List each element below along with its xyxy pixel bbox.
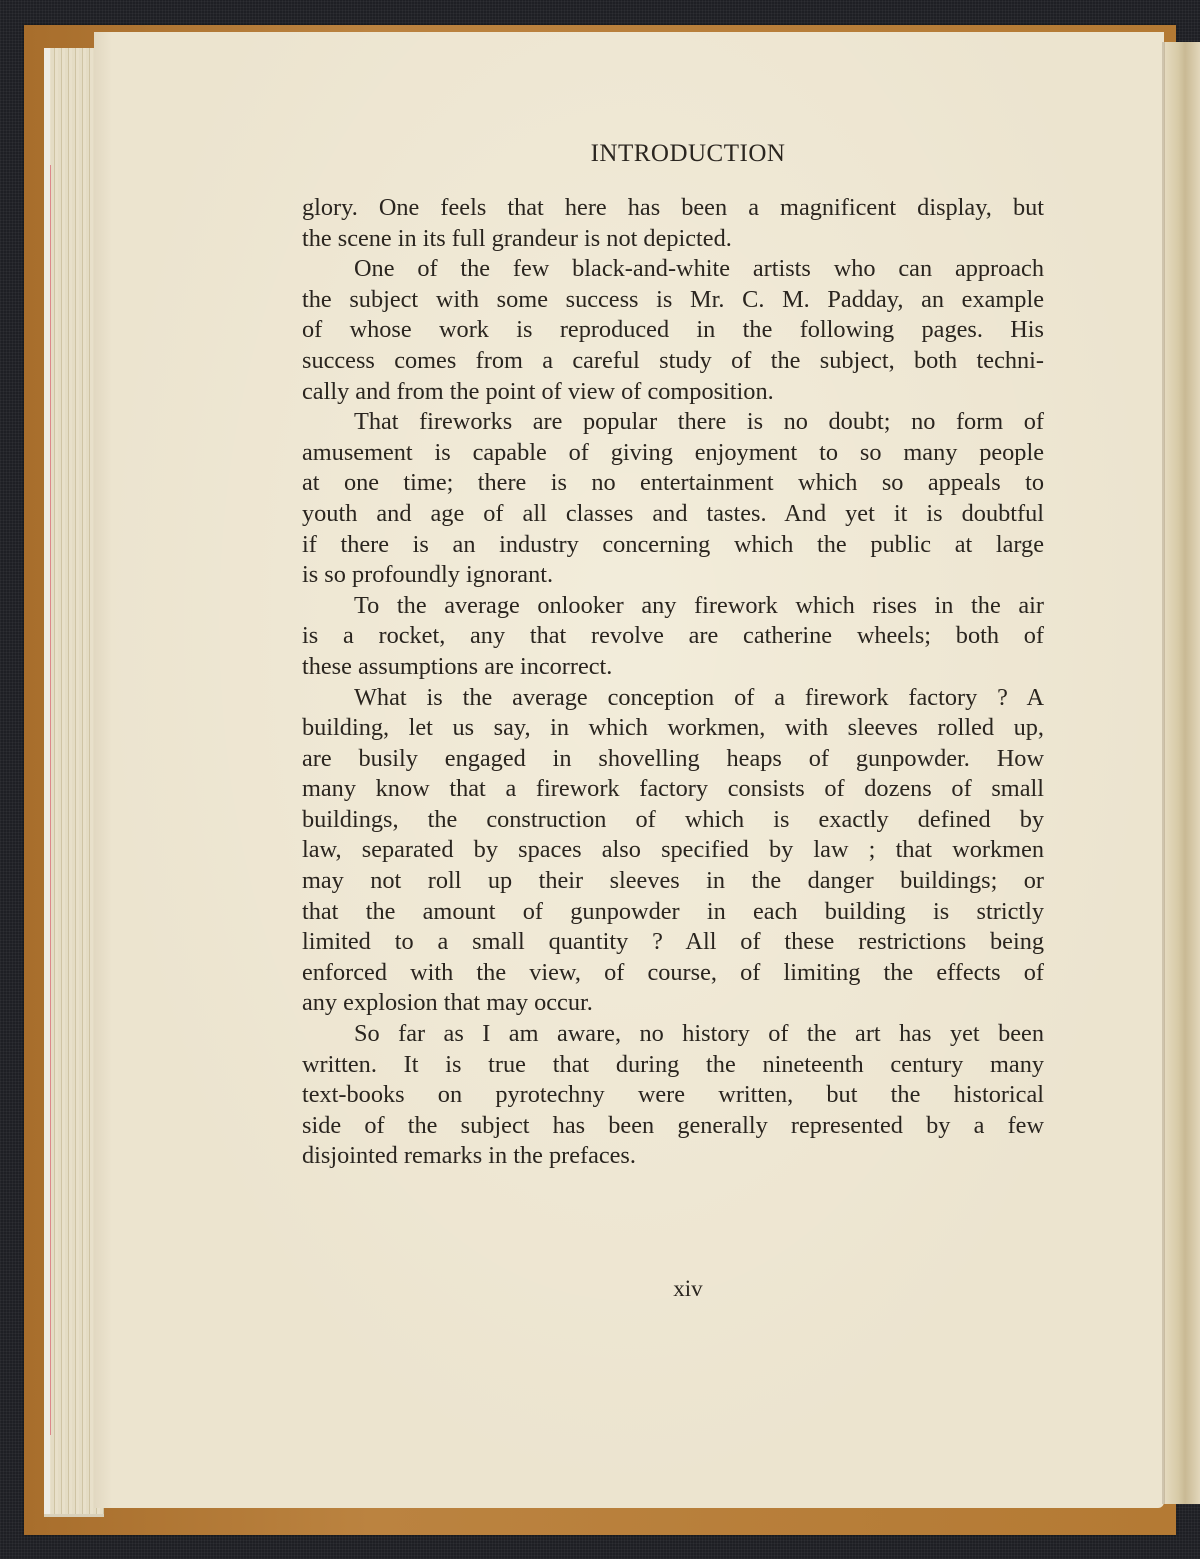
gutter-shadow	[1162, 42, 1165, 1504]
text-line: side of the subject has been generally r…	[302, 1111, 1044, 1142]
text-line: So far as I am aware, no history of the …	[302, 1019, 1044, 1050]
text-line: What is the average conception of a fire…	[302, 683, 1044, 714]
text-line: may not roll up their sleeves in the dan…	[302, 866, 1044, 897]
text-line: law, separated by spaces also specified …	[302, 835, 1044, 866]
page-number: xiv	[600, 1276, 776, 1302]
text-line: these assumptions are incorrect.	[302, 652, 1044, 683]
paragraph: What is the average conception of a fire…	[302, 683, 1044, 1020]
text-line: if there is an industry concerning which…	[302, 530, 1044, 561]
text-line: building, let us say, in which workmen, …	[302, 713, 1044, 744]
text-line: success comes from a careful study of th…	[302, 346, 1044, 377]
text-line: enforced with the view, of course, of li…	[302, 958, 1044, 989]
paragraph: To the average onlooker any firework whi…	[302, 591, 1044, 683]
endpaper-red-rule	[50, 165, 51, 1435]
text-line: any explosion that may occur.	[302, 988, 1044, 1019]
facing-page-gutter	[1163, 42, 1200, 1504]
paragraph: That fireworks are popular there is no d…	[302, 407, 1044, 591]
text-line: amusement is capable of giving enjoyment…	[302, 438, 1044, 469]
text-line: youth and age of all classes and tastes.…	[302, 499, 1044, 530]
text-line: To the average onlooker any firework whi…	[302, 591, 1044, 622]
text-line: buildings, the construction of which is …	[302, 805, 1044, 836]
text-line: are busily engaged in shovelling heaps o…	[302, 744, 1044, 775]
text-line: of whose work is reproduced in the follo…	[302, 315, 1044, 346]
text-line: the subject with some success is Mr. C. …	[302, 285, 1044, 316]
text-line: disjointed remarks in the prefaces.	[302, 1141, 1044, 1172]
text-line: One of the few black-and-white artists w…	[302, 254, 1044, 285]
text-line: at one time; there is no entertainment w…	[302, 468, 1044, 499]
text-line: That fireworks are popular there is no d…	[302, 407, 1044, 438]
text-line: that the amount of gunpowder in each bui…	[302, 897, 1044, 928]
text-line: many know that a firework factory consis…	[302, 774, 1044, 805]
paragraph: So far as I am aware, no history of the …	[302, 1019, 1044, 1172]
paragraph: glory. One feels that here has been a ma…	[302, 193, 1044, 254]
body-text: glory. One feels that here has been a ma…	[302, 193, 1044, 1172]
text-line: written. It is true that during the nine…	[302, 1050, 1044, 1081]
text-line: cally and from the point of view of comp…	[302, 377, 1044, 408]
paragraph: One of the few black-and-white artists w…	[302, 254, 1044, 407]
text-line: glory. One feels that here has been a ma…	[302, 193, 1044, 224]
text-line: text-books on pyrotechny were written, b…	[302, 1080, 1044, 1111]
text-line: limited to a small quantity ? All of the…	[302, 927, 1044, 958]
text-line: the scene in its full grandeur is not de…	[302, 224, 1044, 255]
running-head: INTRODUCTION	[300, 140, 1076, 168]
text-line: is so profoundly ignorant.	[302, 560, 1044, 591]
text-line: is a rocket, any that revolve are cather…	[302, 621, 1044, 652]
